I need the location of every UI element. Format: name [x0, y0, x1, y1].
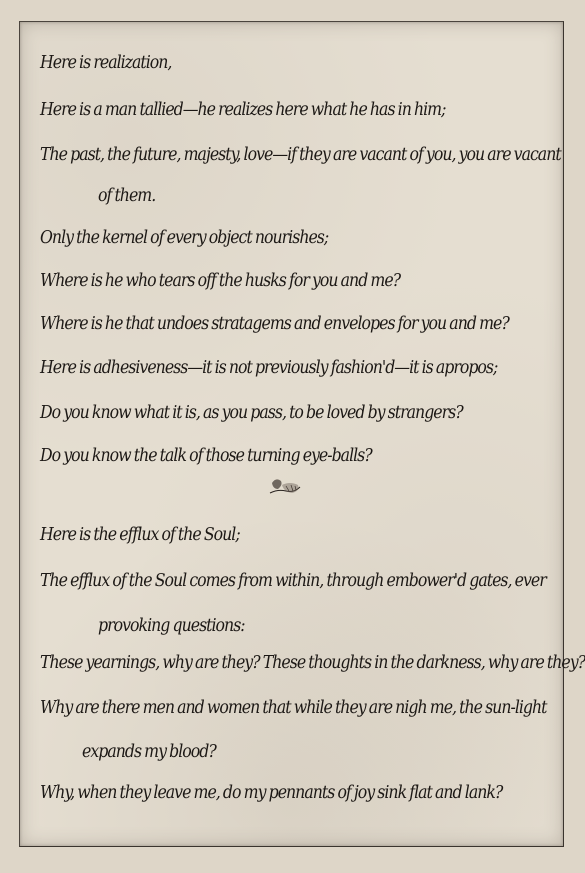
engraved-plate: Here is realization, Here is a man talli… [19, 21, 564, 847]
leaf-flourish-icon [264, 473, 308, 497]
poem-line: Do you know the talk of those turning ey… [40, 448, 372, 466]
poem-line: Where is he who tears off the husks for … [40, 273, 400, 291]
poem-line: Why, when they leave me, do my pennants … [40, 785, 502, 803]
poem-line-continuation: expands my blood? [82, 744, 216, 762]
poem-line: Here is the efflux of the Soul; [40, 527, 240, 545]
poem-line-continuation: of them. [98, 188, 155, 206]
poem-line: The efflux of the Soul comes from within… [40, 573, 546, 591]
poem-line-continuation: provoking questions: [98, 618, 245, 636]
poem-line: The past, the future, majesty, love—if t… [40, 147, 561, 165]
poem-line: Here is a man tallied—he realizes here w… [40, 102, 445, 120]
poem-line: Here is adhesiveness—it is not previousl… [40, 360, 497, 378]
poem-line: Where is he that undoes stratagems and e… [40, 316, 509, 334]
poem-line: Why are there men and women that while t… [40, 700, 547, 718]
poem-line: These yearnings, why are they? These tho… [40, 655, 585, 673]
poem-line: Here is realization, [40, 55, 171, 73]
poem-line: Only the kernel of every object nourishe… [40, 230, 328, 248]
poem-line: Do you know what it is, as you pass, to … [40, 405, 463, 423]
